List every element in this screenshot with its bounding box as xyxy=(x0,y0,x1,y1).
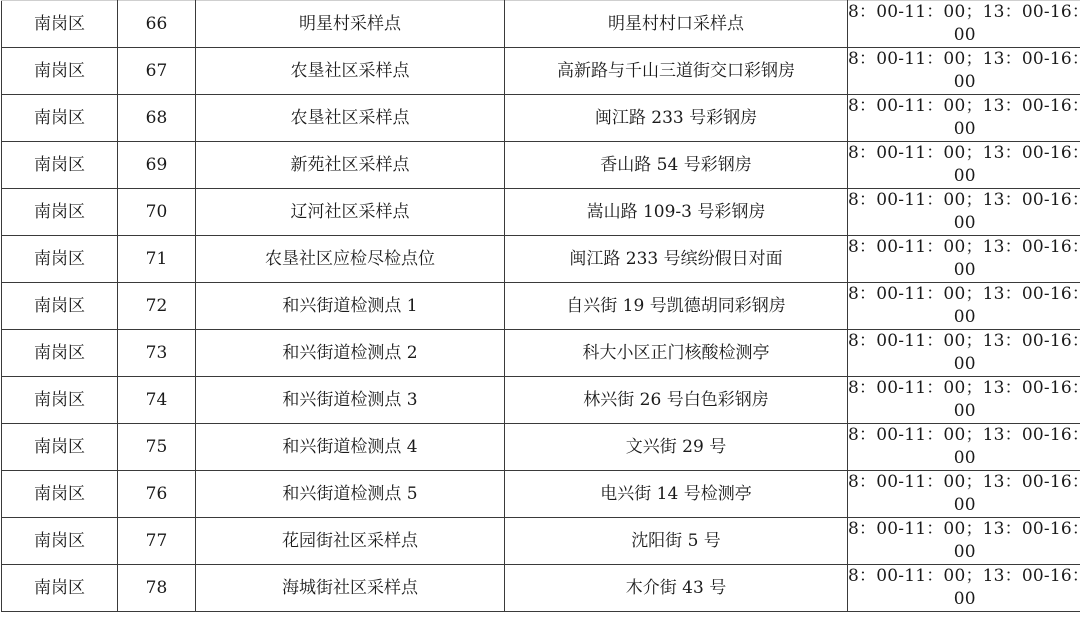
table-row: 南岗区 76 和兴街道检测点 5 电兴街 14 号检测亭 8：00-11：00；… xyxy=(2,471,1080,518)
site-number-cell: 71 xyxy=(118,236,196,283)
hours-line2: 00 xyxy=(848,541,1080,564)
site-name-cell: 和兴街道检测点 1 xyxy=(196,283,505,330)
district-cell: 南岗区 xyxy=(2,377,118,424)
site-number-cell: 74 xyxy=(118,377,196,424)
site-name-cell: 农垦社区应检尽检点位 xyxy=(196,236,505,283)
table-row: 南岗区 70 辽河社区采样点 嵩山路 109-3 号彩钢房 8：00-11：00… xyxy=(2,189,1080,236)
address-cell: 木介街 43 号 xyxy=(505,565,848,612)
address-cell: 高新路与千山三道街交口彩钢房 xyxy=(505,48,848,95)
table-row: 南岗区 78 海城街社区采样点 木介街 43 号 8：00-11：00；13：0… xyxy=(2,565,1080,612)
hours-line1: 8：00-11：00；13：00-16： xyxy=(848,48,1080,71)
address-cell: 林兴街 26 号白色彩钢房 xyxy=(505,377,848,424)
district-cell: 南岗区 xyxy=(2,518,118,565)
district-cell: 南岗区 xyxy=(2,330,118,377)
site-name-cell: 农垦社区采样点 xyxy=(196,48,505,95)
hours-cell: 8：00-11：00；13：00-16： 00 xyxy=(848,48,1080,95)
hours-line2: 00 xyxy=(848,588,1080,611)
hours-cell: 8：00-11：00；13：00-16： 00 xyxy=(848,236,1080,283)
district-cell: 南岗区 xyxy=(2,95,118,142)
hours-line1: 8：00-11：00；13：00-16： xyxy=(848,377,1080,400)
address-cell: 香山路 54 号彩钢房 xyxy=(505,142,848,189)
hours-line1: 8：00-11：00；13：00-16： xyxy=(848,142,1080,165)
site-number-cell: 68 xyxy=(118,95,196,142)
table-row: 南岗区 67 农垦社区采样点 高新路与千山三道街交口彩钢房 8：00-11：00… xyxy=(2,48,1080,95)
site-number-cell: 76 xyxy=(118,471,196,518)
address-cell: 沈阳街 5 号 xyxy=(505,518,848,565)
hours-line2: 00 xyxy=(848,400,1080,423)
testing-sites-table: 南岗区 66 明星村采样点 明星村村口采样点 8：00-11：00；13：00-… xyxy=(1,0,1080,612)
hours-line1: 8：00-11：00；13：00-16： xyxy=(848,330,1080,353)
hours-line1: 8：00-11：00；13：00-16： xyxy=(848,1,1080,24)
hours-cell: 8：00-11：00；13：00-16： 00 xyxy=(848,142,1080,189)
site-number-cell: 70 xyxy=(118,189,196,236)
table-row: 南岗区 66 明星村采样点 明星村村口采样点 8：00-11：00；13：00-… xyxy=(2,1,1080,48)
table-row: 南岗区 75 和兴街道检测点 4 文兴街 29 号 8：00-11：00；13：… xyxy=(2,424,1080,471)
site-name-cell: 明星村采样点 xyxy=(196,1,505,48)
district-cell: 南岗区 xyxy=(2,1,118,48)
site-name-cell: 和兴街道检测点 2 xyxy=(196,330,505,377)
table-row: 南岗区 74 和兴街道检测点 3 林兴街 26 号白色彩钢房 8：00-11：0… xyxy=(2,377,1080,424)
hours-cell: 8：00-11：00；13：00-16： 00 xyxy=(848,283,1080,330)
hours-cell: 8：00-11：00；13：00-16： 00 xyxy=(848,189,1080,236)
hours-line1: 8：00-11：00；13：00-16： xyxy=(848,424,1080,447)
hours-line1: 8：00-11：00；13：00-16： xyxy=(848,471,1080,494)
site-name-cell: 和兴街道检测点 5 xyxy=(196,471,505,518)
district-cell: 南岗区 xyxy=(2,142,118,189)
table-row: 南岗区 77 花园街社区采样点 沈阳街 5 号 8：00-11：00；13：00… xyxy=(2,518,1080,565)
hours-line2: 00 xyxy=(848,118,1080,141)
district-cell: 南岗区 xyxy=(2,471,118,518)
hours-line2: 00 xyxy=(848,353,1080,376)
district-cell: 南岗区 xyxy=(2,565,118,612)
table-row: 南岗区 69 新苑社区采样点 香山路 54 号彩钢房 8：00-11：00；13… xyxy=(2,142,1080,189)
hours-line1: 8：00-11：00；13：00-16： xyxy=(848,189,1080,212)
site-number-cell: 72 xyxy=(118,283,196,330)
site-name-cell: 和兴街道检测点 3 xyxy=(196,377,505,424)
hours-cell: 8：00-11：00；13：00-16： 00 xyxy=(848,377,1080,424)
site-number-cell: 73 xyxy=(118,330,196,377)
site-name-cell: 新苑社区采样点 xyxy=(196,142,505,189)
district-cell: 南岗区 xyxy=(2,189,118,236)
hours-cell: 8：00-11：00；13：00-16： 00 xyxy=(848,565,1080,612)
site-name-cell: 辽河社区采样点 xyxy=(196,189,505,236)
hours-line2: 00 xyxy=(848,447,1080,470)
hours-line2: 00 xyxy=(848,494,1080,517)
address-cell: 自兴街 19 号凯德胡同彩钢房 xyxy=(505,283,848,330)
table-row: 南岗区 72 和兴街道检测点 1 自兴街 19 号凯德胡同彩钢房 8：00-11… xyxy=(2,283,1080,330)
hours-cell: 8：00-11：00；13：00-16： 00 xyxy=(848,471,1080,518)
hours-line2: 00 xyxy=(848,71,1080,94)
testing-sites-table-container: 南岗区 66 明星村采样点 明星村村口采样点 8：00-11：00；13：00-… xyxy=(1,0,1080,612)
hours-line1: 8：00-11：00；13：00-16： xyxy=(848,565,1080,588)
hours-line2: 00 xyxy=(848,24,1080,47)
site-number-cell: 69 xyxy=(118,142,196,189)
hours-line1: 8：00-11：00；13：00-16： xyxy=(848,236,1080,259)
district-cell: 南岗区 xyxy=(2,236,118,283)
hours-line1: 8：00-11：00；13：00-16： xyxy=(848,518,1080,541)
table-row: 南岗区 71 农垦社区应检尽检点位 闽江路 233 号缤纷假日对面 8：00-1… xyxy=(2,236,1080,283)
hours-cell: 8：00-11：00；13：00-16： 00 xyxy=(848,1,1080,48)
site-number-cell: 77 xyxy=(118,518,196,565)
hours-cell: 8：00-11：00；13：00-16： 00 xyxy=(848,518,1080,565)
hours-line2: 00 xyxy=(848,306,1080,329)
hours-cell: 8：00-11：00；13：00-16： 00 xyxy=(848,330,1080,377)
address-cell: 闽江路 233 号彩钢房 xyxy=(505,95,848,142)
site-number-cell: 75 xyxy=(118,424,196,471)
hours-line2: 00 xyxy=(848,259,1080,282)
site-name-cell: 花园街社区采样点 xyxy=(196,518,505,565)
address-cell: 嵩山路 109-3 号彩钢房 xyxy=(505,189,848,236)
site-name-cell: 海城街社区采样点 xyxy=(196,565,505,612)
site-name-cell: 和兴街道检测点 4 xyxy=(196,424,505,471)
hours-line2: 00 xyxy=(848,165,1080,188)
district-cell: 南岗区 xyxy=(2,424,118,471)
site-number-cell: 78 xyxy=(118,565,196,612)
district-cell: 南岗区 xyxy=(2,48,118,95)
hours-cell: 8：00-11：00；13：00-16： 00 xyxy=(848,424,1080,471)
district-cell: 南岗区 xyxy=(2,283,118,330)
address-cell: 科大小区正门核酸检测亭 xyxy=(505,330,848,377)
table-row: 南岗区 73 和兴街道检测点 2 科大小区正门核酸检测亭 8：00-11：00；… xyxy=(2,330,1080,377)
site-number-cell: 67 xyxy=(118,48,196,95)
hours-cell: 8：00-11：00；13：00-16： 00 xyxy=(848,95,1080,142)
address-cell: 明星村村口采样点 xyxy=(505,1,848,48)
hours-line1: 8：00-11：00；13：00-16： xyxy=(848,95,1080,118)
table-row: 南岗区 68 农垦社区采样点 闽江路 233 号彩钢房 8：00-11：00；1… xyxy=(2,95,1080,142)
address-cell: 文兴街 29 号 xyxy=(505,424,848,471)
address-cell: 电兴街 14 号检测亭 xyxy=(505,471,848,518)
site-name-cell: 农垦社区采样点 xyxy=(196,95,505,142)
hours-line2: 00 xyxy=(848,212,1080,235)
site-number-cell: 66 xyxy=(118,1,196,48)
address-cell: 闽江路 233 号缤纷假日对面 xyxy=(505,236,848,283)
hours-line1: 8：00-11：00；13：00-16： xyxy=(848,283,1080,306)
